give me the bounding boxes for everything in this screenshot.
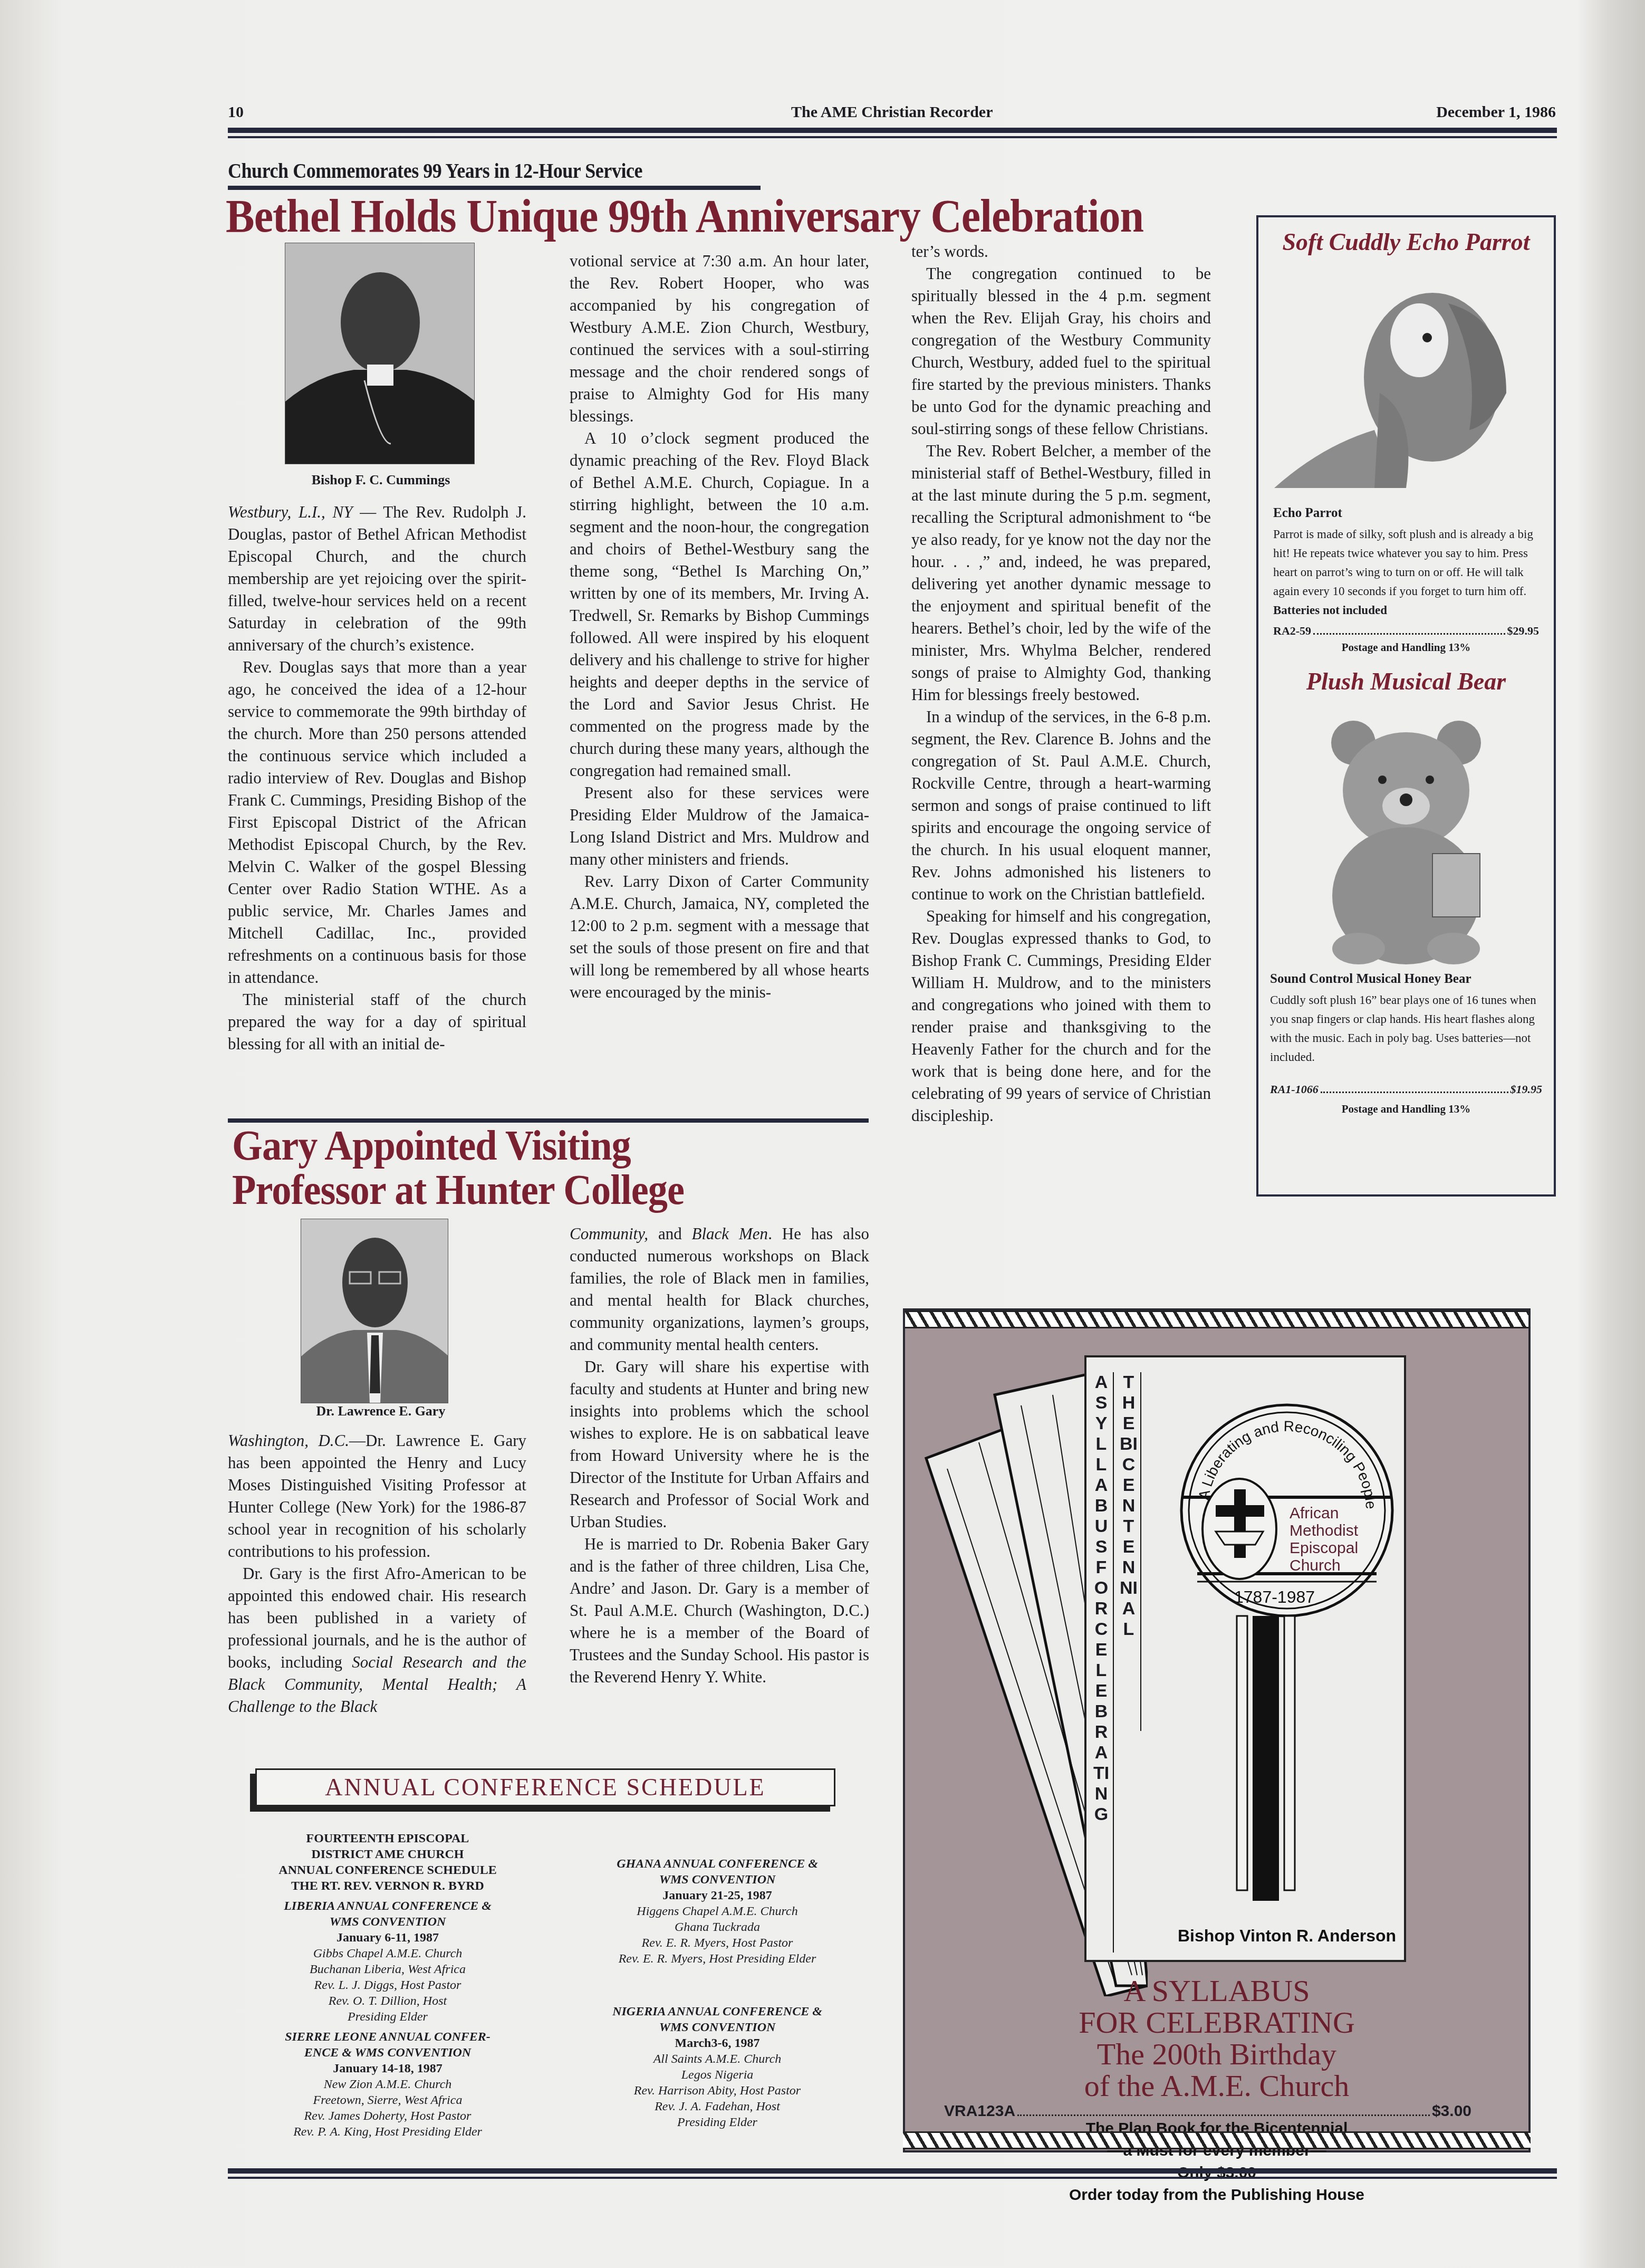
bear-shipping: Postage and Handling 13% [1270,1099,1542,1118]
rope-border-bottom [903,2131,1531,2149]
bear-sku: RA1-1066 [1270,1083,1319,1096]
bear-product-name: Sound Control Musical Honey Bear [1270,970,1542,989]
paragraph: ter’s words. [911,241,1211,263]
kicker-rule [228,186,761,190]
dr-gary-photo [301,1219,448,1403]
article-headline: Bethel Holds Unique 99th Anniversary Cel… [226,190,1143,243]
dateline: Washington, D.C. [228,1431,349,1450]
svg-text:Methodist: Methodist [1290,1522,1359,1539]
paragraph: Rev. Douglas says that more than a year … [228,656,526,989]
photo-caption: Bishop F. C. Cummings [228,472,534,488]
page-number: 10 [228,103,244,121]
conference-sierre-leone: SIERRE LEONE ANNUAL CONFER- ENCE & WMS C… [240,2029,535,2140]
bishop-cummings-photo [285,243,475,464]
issue-date: December 1, 1986 [1424,103,1556,121]
article2-lead-paragraph: Washington, D.C.—Dr. Lawrence E. Gary ha… [228,1430,526,1563]
header-rule-thin [228,136,1557,138]
toy-ad-box: Soft Cuddly Echo Parrot Echo Parrot Parr… [1256,215,1556,1197]
syllabus-ad: A SYLLABUS FOR CELEBRATING THE BICENTENN… [903,1308,1531,2152]
leader-dots [1321,1092,1508,1093]
paragraph: A 10 o’clock segment produced the dynami… [570,427,869,782]
newspaper-page: 10 The AME Christian Recorder December 1… [0,0,1645,2268]
bear-price-line: RA1-1066 $19.95 [1270,1083,1542,1096]
paragraph: He is married to Dr. Robenia Baker Gary … [570,1533,869,1688]
svg-text:African: African [1290,1505,1339,1522]
publication-name: The AME Christian Recorder [791,103,993,121]
schedule-title: ANNUAL CONFERENCE SCHEDULE [257,1770,834,1805]
syllabus-headline: A SYLLABUS FOR CELEBRATING The 200th Bir… [905,1975,1528,2102]
paragraph: Dr. Gary is the first Afro-American to b… [228,1563,526,1718]
svg-text:1787-1987: 1787-1987 [1234,1587,1315,1606]
parrot-price: $29.95 [1507,624,1540,638]
bear-photo [1258,695,1554,970]
conference-dates: March3-6, 1987 [575,2035,860,2051]
parrot-description: Parrot is made of silky, soft plush and … [1273,525,1539,601]
bear-ad-title: Plush Musical Bear [1258,667,1554,695]
bear-price: $19.95 [1511,1083,1543,1096]
leader-dots [1017,2114,1430,2116]
svg-text:Episcopal: Episcopal [1290,1539,1358,1557]
header-rule [228,128,1557,133]
parrot-price-line: RA2-59 $29.95 [1273,624,1539,638]
paragraph: In a windup of the services, in the 6-8 … [911,706,1211,905]
kicker: Church Commemorates 99 Years in 12-Hour … [228,158,642,183]
syllabus-price-line: VRA123A $3.00 [944,2102,1471,2120]
syllabus-cover: A SYLLABUS FOR CELEBRATING THE BICENTENN… [1084,1355,1406,1962]
article1-column-1: Westbury, L.I., NY — The Rev. Rudolph J.… [228,501,526,1055]
ame-church-seal-icon: A Liberating and Reconciling People Afri… [1176,1400,1398,1906]
rope-border-top [905,1310,1528,1328]
schedule-title-box: ANNUAL CONFERENCE SCHEDULE [255,1768,835,1806]
article2-column-1: Washington, D.C.—Dr. Lawrence E. Gary ha… [228,1430,526,1718]
paragraph: Rev. Larry Dixon of Carter Community A.M… [570,870,869,1003]
article2-headline: Gary Appointed Visiting Professor at Hun… [232,1124,684,1212]
conference-ghana: GHANA ANNUAL CONFERENCE & WMS CONVENTION… [575,1856,860,1967]
article1-column-2: votional service at 7:30 a.m. An hour la… [570,250,869,1003]
paragraph: Dr. Gary will share his expertise with f… [570,1356,869,1533]
paragraph: The congregation continued to be spiritu… [911,263,1211,440]
footer-rule [228,2168,1557,2174]
article1-column-3: ter’s words. The congregation continued … [911,241,1211,1127]
conference-dates: January 6-11, 1987 [240,1930,535,1946]
paragraph: Community, and Black Men. He has also co… [570,1223,869,1356]
dateline: Westbury, L.I., NY [228,503,352,521]
paragraph: The Rev. Robert Belcher, a member of the… [911,440,1211,706]
paragraph: Present also for these services were Pre… [570,782,869,870]
syllabus-price: $3.00 [1432,2102,1471,2120]
article1-lead-paragraph: Westbury, L.I., NY — The Rev. Rudolph J.… [228,501,526,656]
parrot-shipping: Postage and Handling 13% [1273,638,1539,657]
parrot-product-name: Echo Parrot [1273,504,1539,523]
parrot-photo [1258,256,1554,504]
schedule-column-1: FOURTEENTH EPISCOPAL DISTRICT AME CHURCH… [240,1831,535,2140]
cover-vertical-title-2: THE BICENTENNIAL [1118,1372,1141,1731]
conference-nigeria: NIGERIA ANNUAL CONFERENCE & WMS CONVENTI… [575,2004,860,2130]
article2-column-2: Community, and Black Men. He has also co… [570,1223,869,1688]
footer-rule-thin [228,2177,1557,2179]
leader-dots [1313,633,1505,635]
svg-text:Church: Church [1290,1557,1341,1574]
syllabus-sku: VRA123A [944,2102,1015,2120]
conference-dates: January 21-25, 1987 [575,1888,860,1903]
parrot-batteries-note: Batteries not included [1273,601,1539,620]
cover-vertical-title-1: A SYLLABUS FOR CELEBRATING [1091,1372,1114,1953]
schedule-column-2: GHANA ANNUAL CONFERENCE & WMS CONVENTION… [575,1856,860,2130]
photo-caption-gary: Dr. Lawrence E. Gary [228,1403,534,1419]
paragraph: votional service at 7:30 a.m. An hour la… [570,250,869,427]
paragraph: The ministerial staff of the church prep… [228,989,526,1055]
parrot-ad-title: Soft Cuddly Echo Parrot [1258,228,1554,256]
bear-description: Cuddly soft plush 16” bear plays one of … [1270,991,1542,1067]
parrot-sku: RA2-59 [1273,624,1311,638]
conference-liberia: LIBERIA ANNUAL CONFERENCE & WMS CONVENTI… [240,1898,535,2025]
cover-author: Bishop Vinton R. Anderson [1171,1926,1403,1946]
paragraph: Speaking for himself and his congregatio… [911,905,1211,1127]
section-rule [228,1118,869,1123]
conference-dates: January 14-18, 1987 [240,2061,535,2076]
